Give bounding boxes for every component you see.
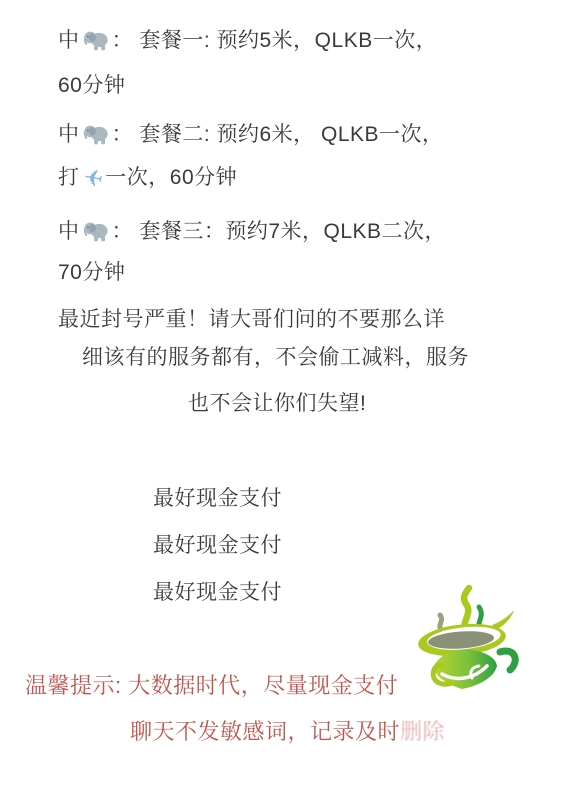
airplane-icon: ✈: [81, 166, 104, 192]
cash-text3: 最好现金支付: [153, 581, 282, 604]
elephant-icon: [83, 123, 109, 145]
notice-text1: 最近封号严重！请大哥们问的不要那么详: [58, 308, 445, 331]
package1-line1: 中 ： 套餐一: 预约5米，QLKB一次，: [58, 29, 437, 51]
package3-line2: 70分钟: [58, 262, 125, 283]
notice-line2: 细该有的服务都有，不会偷工减料，服务: [82, 347, 469, 368]
notice-text3: 也不会让你们失望!: [188, 392, 366, 415]
cup-handle: [500, 651, 515, 670]
steam-left-icon: [440, 615, 442, 630]
package2-colon: ：: [112, 123, 134, 146]
elephant-icon: [83, 29, 109, 51]
package2-line1: 中 ： 套餐二: 预约6米， QLKB一次，: [58, 123, 444, 145]
package1-text: 套餐一: 预约5米，QLKB一次，: [133, 29, 437, 52]
notice-line3: 也不会让你们失望!: [188, 393, 366, 414]
package2-line2: 打✈一次，60分钟: [58, 167, 237, 191]
warning-text2-faded: 删除: [400, 719, 445, 744]
cash-line2: 最好现金支付: [153, 535, 282, 556]
cash-text1: 最好现金支付: [153, 487, 282, 510]
package3-colon: ：: [112, 220, 134, 243]
notice-text2: 细该有的服务都有，不会偷工减料，服务: [82, 346, 469, 369]
rim-tail: [492, 610, 514, 630]
elephant-icon: [83, 220, 109, 242]
warning-text2: 聊天不发敏感词，记录及时: [130, 719, 400, 744]
package2-prefix: 中: [58, 123, 80, 146]
tea-cup-logo: [414, 584, 526, 696]
package1-duration: 60分钟: [58, 74, 125, 97]
package1-prefix: 中: [58, 29, 80, 52]
package3-duration: 70分钟: [58, 261, 125, 284]
package3-line1: 中 ： 套餐三：预约7米，QLKB二次，: [58, 220, 446, 242]
package2-tail-suffix: 一次，60分钟: [105, 166, 237, 189]
cash-line3: 最好现金支付: [153, 582, 282, 603]
package2-tail-prefix: 打: [58, 166, 80, 189]
warning-line2: 聊天不发敏感词，记录及时删除: [130, 721, 445, 743]
cash-line1: 最好现金支付: [153, 488, 282, 509]
notice-image: 中 ： 套餐一: 预约5米，QLKB一次， 60分钟 中 ： 套餐二: 预约6米…: [0, 0, 576, 800]
package3-text: 套餐三：预约7米，QLKB二次，: [133, 220, 446, 243]
cash-text2: 最好现金支付: [153, 534, 282, 557]
package1-line2: 60分钟: [58, 75, 125, 96]
package1-colon: ：: [112, 29, 134, 52]
notice-line1: 最近封号严重！请大哥们问的不要那么详: [58, 309, 445, 330]
warning-line1: 温馨提示: 大数据时代，尽量现金支付: [25, 675, 398, 697]
package3-prefix: 中: [58, 220, 80, 243]
warning-text1: 温馨提示: 大数据时代，尽量现金支付: [25, 673, 398, 698]
package2-text: 套餐二: 预约6米， QLKB一次，: [133, 123, 444, 146]
